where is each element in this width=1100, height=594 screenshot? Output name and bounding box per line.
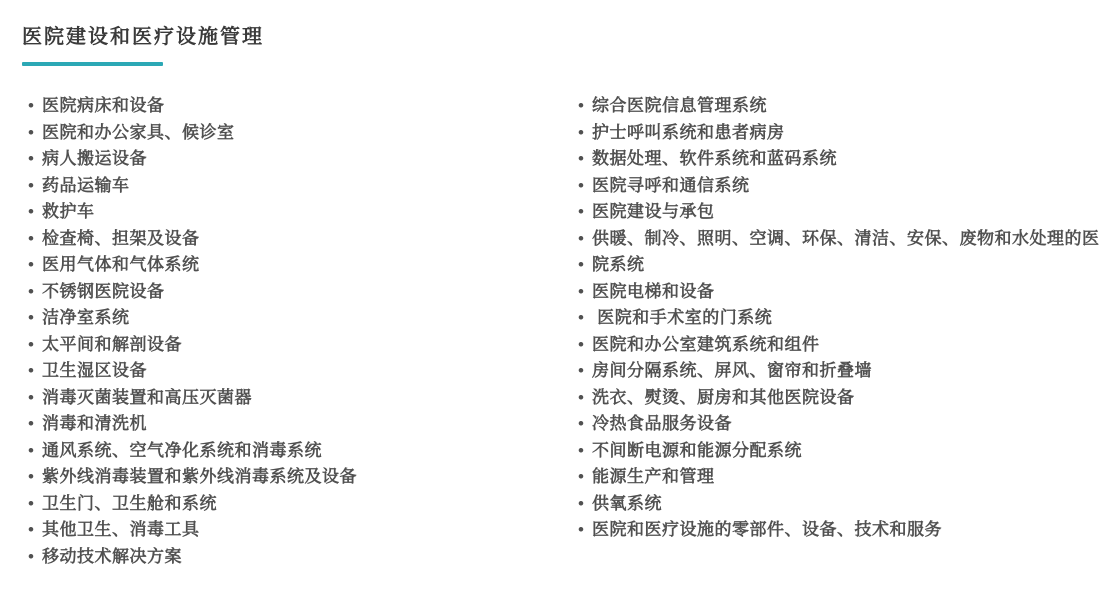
list-item-label: 医院病床和设备 [42, 93, 165, 120]
list-item-label: 太平间和解剖设备 [42, 332, 182, 359]
list-item: • 数据处理、软件系统和蓝码系统 [572, 146, 1100, 173]
list-item-label: 医院和办公家具、候诊室 [42, 120, 235, 147]
list-item-label: 不间断电源和能源分配系统 [592, 438, 802, 465]
list-item: • 供暖、制冷、照明、空调、环保、清洁、安保、废物和水处理的医 [572, 226, 1100, 253]
bullet-icon: • [28, 358, 42, 385]
list-item: • 消毒灭菌装置和高压灭菌器 [22, 385, 572, 412]
bullet-icon: • [578, 411, 592, 438]
list-item: • 院系统 [572, 252, 1100, 279]
list-item: • 医院寻呼和通信系统 [572, 173, 1100, 200]
list-item: • 医用气体和气体系统 [22, 252, 572, 279]
list-item: • 医院建设与承包 [572, 199, 1100, 226]
list-item-label: 其他卫生、消毒工具 [42, 517, 200, 544]
list-item-label: 医院和办公室建筑系统和组件 [592, 332, 820, 359]
list-item-label: 医用气体和气体系统 [42, 252, 200, 279]
list-item: • 洗衣、熨烫、厨房和其他医院设备 [572, 385, 1100, 412]
bullet-icon: • [578, 438, 592, 465]
bullet-icon: • [28, 332, 42, 359]
list-item-label: 病人搬运设备 [42, 146, 147, 173]
bullet-icon: • [28, 438, 42, 465]
list-item: • 移动技术解决方案 [22, 544, 572, 571]
category-columns: • 医院病床和设备 • 医院和办公家具、候诊室 • 病人搬运设备 • 药品运输车 [22, 66, 1100, 570]
list-item-label: 药品运输车 [42, 173, 130, 200]
bullet-icon: • [578, 517, 592, 544]
list-item: • 病人搬运设备 [22, 146, 572, 173]
category-list-left: • 医院病床和设备 • 医院和办公家具、候诊室 • 病人搬运设备 • 药品运输车 [22, 93, 572, 570]
list-item: • 太平间和解剖设备 [22, 332, 572, 359]
list-item: • 医院和办公家具、候诊室 [22, 120, 572, 147]
bullet-icon: • [28, 544, 42, 571]
list-item-label: 消毒灭菌装置和高压灭菌器 [42, 385, 252, 412]
bullet-icon: • [578, 491, 592, 518]
bullet-icon: • [578, 93, 592, 120]
list-item: • 洁净室系统 [22, 305, 572, 332]
list-item: • 能源生产和管理 [572, 464, 1100, 491]
bullet-icon: • [28, 120, 42, 147]
bullet-icon: • [578, 358, 592, 385]
list-item-label: 护士呼叫系统和患者病房 [592, 120, 785, 147]
list-item-label: 医院和手术室的门系统 [592, 305, 772, 332]
bullet-icon: • [578, 279, 592, 306]
page-title: 医院建设和医疗设施管理 [22, 24, 1100, 50]
bullet-icon: • [578, 199, 592, 226]
list-item-label: 房间分隔系统、屏风、窗帘和折叠墙 [592, 358, 872, 385]
list-item-label: 检查椅、担架及设备 [42, 226, 200, 253]
list-item-label: 救护车 [42, 199, 95, 226]
list-item: • 医院和办公室建筑系统和组件 [572, 332, 1100, 359]
list-item: • 紫外线消毒装置和紫外线消毒系统及设备 [22, 464, 572, 491]
bullet-icon: • [28, 199, 42, 226]
list-item: • 通风系统、空气净化系统和消毒系统 [22, 438, 572, 465]
bullet-icon: • [578, 305, 592, 332]
list-item: • 检查椅、担架及设备 [22, 226, 572, 253]
list-item: • 卫生门、卫生舱和系统 [22, 491, 572, 518]
list-item-label: 卫生湿区设备 [42, 358, 147, 385]
list-item-label: 通风系统、空气净化系统和消毒系统 [42, 438, 322, 465]
list-item-label: 医院电梯和设备 [592, 279, 715, 306]
bullet-icon: • [28, 252, 42, 279]
bullet-icon: • [28, 385, 42, 412]
bullet-icon: • [28, 517, 42, 544]
list-item-label: 综合医院信息管理系统 [592, 93, 767, 120]
list-item: • 房间分隔系统、屏风、窗帘和折叠墙 [572, 358, 1100, 385]
bullet-icon: • [28, 146, 42, 173]
list-item-label: 冷热食品服务设备 [592, 411, 732, 438]
list-item: • 不间断电源和能源分配系统 [572, 438, 1100, 465]
list-item: • 医院电梯和设备 [572, 279, 1100, 306]
bullet-icon: • [578, 464, 592, 491]
list-item: • 综合医院信息管理系统 [572, 93, 1100, 120]
list-item-label: 医院寻呼和通信系统 [592, 173, 750, 200]
list-item: • 卫生湿区设备 [22, 358, 572, 385]
list-item-label: 不锈钢医院设备 [42, 279, 165, 306]
list-item: • 护士呼叫系统和患者病房 [572, 120, 1100, 147]
list-item-label: 移动技术解决方案 [42, 544, 182, 571]
list-item-label: 能源生产和管理 [592, 464, 715, 491]
list-item-label: 洗衣、熨烫、厨房和其他医院设备 [592, 385, 855, 412]
list-item-label: 供暖、制冷、照明、空调、环保、清洁、安保、废物和水处理的医 [592, 226, 1100, 253]
bullet-icon: • [28, 279, 42, 306]
bullet-icon: • [28, 93, 42, 120]
list-item: • 医院病床和设备 [22, 93, 572, 120]
bullet-icon: • [28, 464, 42, 491]
bullet-icon: • [28, 491, 42, 518]
hospital-categories-section: 医院建设和医疗设施管理 • 医院病床和设备 • 医院和办公家具、候诊室 • 病人… [0, 0, 1100, 594]
bullet-icon: • [28, 305, 42, 332]
list-item-label: 医院建设与承包 [592, 199, 715, 226]
list-item: • 药品运输车 [22, 173, 572, 200]
list-item: • 医院和手术室的门系统 [572, 305, 1100, 332]
bullet-icon: • [28, 411, 42, 438]
bullet-icon: • [578, 146, 592, 173]
bullet-icon: • [578, 173, 592, 200]
list-item-label: 紫外线消毒装置和紫外线消毒系统及设备 [42, 464, 357, 491]
list-item: • 救护车 [22, 199, 572, 226]
list-item-label: 院系统 [592, 252, 645, 279]
bullet-icon: • [28, 226, 42, 253]
bullet-icon: • [578, 226, 592, 253]
list-item-label: 数据处理、软件系统和蓝码系统 [592, 146, 837, 173]
list-item: • 供氧系统 [572, 491, 1100, 518]
list-item-label: 供氧系统 [592, 491, 662, 518]
bullet-icon: • [578, 252, 592, 279]
list-item-label: 医院和医疗设施的零部件、设备、技术和服务 [592, 517, 942, 544]
list-item: • 医院和医疗设施的零部件、设备、技术和服务 [572, 517, 1100, 544]
category-list-right: • 综合医院信息管理系统 • 护士呼叫系统和患者病房 • 数据处理、软件系统和蓝… [572, 93, 1100, 570]
list-item: • 消毒和清洗机 [22, 411, 572, 438]
list-item-label: 消毒和清洗机 [42, 411, 147, 438]
bullet-icon: • [578, 385, 592, 412]
list-item: • 其他卫生、消毒工具 [22, 517, 572, 544]
bullet-icon: • [578, 332, 592, 359]
bullet-icon: • [578, 120, 592, 147]
list-item: • 不锈钢医院设备 [22, 279, 572, 306]
list-item: • 冷热食品服务设备 [572, 411, 1100, 438]
list-item-label: 洁净室系统 [42, 305, 130, 332]
list-item-label: 卫生门、卫生舱和系统 [42, 491, 217, 518]
bullet-icon: • [28, 173, 42, 200]
